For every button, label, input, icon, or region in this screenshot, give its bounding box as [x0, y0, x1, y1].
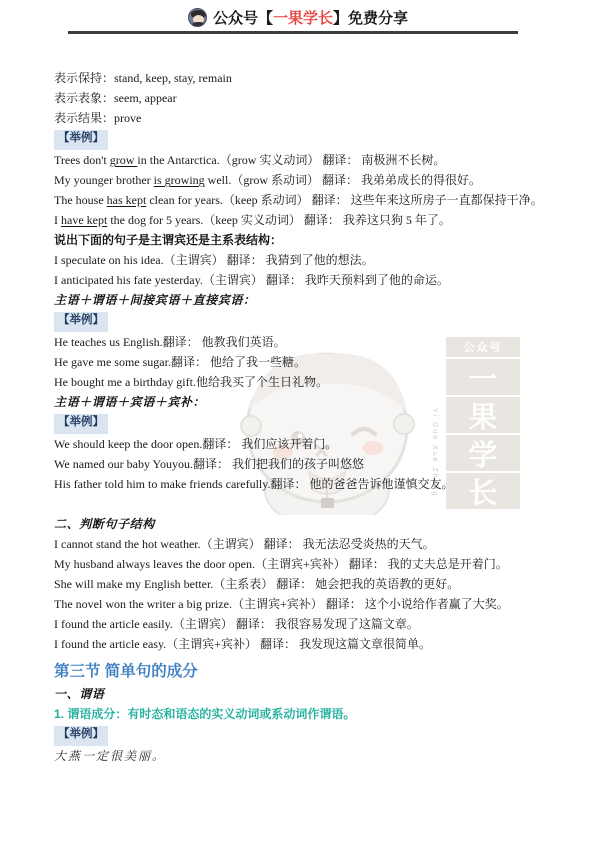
example-badge-line: 【举例】	[54, 130, 108, 150]
text-segment: The novel won the writer a big prize.（主谓…	[54, 597, 509, 611]
text-line: We named our baby Youyou.翻译： 我们把我们的孩子叫悠悠	[54, 454, 586, 474]
text-segment: He gave me some sugar.翻译： 他给了我一些糖。	[54, 355, 306, 369]
text-segment: He bought me a birthday gift.他给我买了个生日礼物。	[54, 375, 328, 389]
text-segment: 表示表象：seem, appear	[54, 91, 177, 105]
text-segment: My husband always leaves the door open.（…	[54, 557, 508, 571]
text-line: 主语＋谓语＋宾语＋宾补：	[54, 392, 586, 412]
text-segment: 1. 谓语成分：有时态和语态的实义动词或系动词作谓语。	[54, 707, 355, 721]
example-badge: 【举例】	[56, 312, 106, 328]
text-segment: Trees don't	[54, 153, 110, 167]
text-segment: She will make my English better.（主系表） 翻译…	[54, 577, 459, 591]
text-segment: 表示结果：prove	[54, 111, 141, 125]
text-line: She will make my English better.（主系表） 翻译…	[54, 574, 586, 594]
example-badge: 【举例】	[56, 130, 106, 146]
example-badge-line: 【举例】	[54, 726, 108, 746]
text-line: He bought me a birthday gift.他给我买了个生日礼物。	[54, 372, 586, 392]
text-line: 二、判断句子结构	[54, 514, 586, 534]
text-line: Trees don't grow in the Antarctica.（grow…	[54, 150, 586, 170]
text-line: My younger brother is growing well.（grow…	[54, 170, 586, 190]
example-badge: 【举例】	[56, 414, 106, 430]
document-page: 公众号 一果学长 Yi Guo Xue Zhang 公众号【一果学长】免费分享 …	[0, 0, 596, 842]
blank-line	[54, 494, 586, 514]
text-segment: 一、谓语	[54, 687, 104, 701]
text-segment: 主语＋谓语＋间接宾语＋直接宾语：	[54, 293, 256, 307]
text-line: I have kept the dog for 5 years.（keep 实义…	[54, 210, 586, 230]
text-line: His father told him to make friends care…	[54, 474, 586, 494]
document-content: 表示保持：stand, keep, stay, remain表示表象：seem,…	[0, 0, 596, 766]
text-segment: I	[54, 213, 61, 227]
underlined-phrase: is growing	[154, 173, 205, 187]
text-segment: We should keep the door open.翻译： 我们应该开着门…	[54, 437, 337, 451]
example-badge-line: 【举例】	[54, 312, 108, 332]
text-line: 表示保持：stand, keep, stay, remain	[54, 68, 586, 88]
text-line: We should keep the door open.翻译： 我们应该开着门…	[54, 434, 586, 454]
text-segment: I speculate on his idea.（主谓宾） 翻译： 我猜到了他的…	[54, 253, 374, 267]
text-segment: 主语＋谓语＋宾语＋宾补：	[54, 395, 205, 409]
text-segment: His father told him to make friends care…	[54, 477, 454, 491]
text-segment: I found the article easily.（主谓宾） 翻译： 我很容…	[54, 617, 419, 631]
text-segment: I found the article easy.（主谓宾+宾补） 翻译： 我发…	[54, 637, 431, 651]
text-line: He gave me some sugar.翻译： 他给了我一些糖。	[54, 352, 586, 372]
text-line: 表示表象：seem, appear	[54, 88, 586, 108]
text-line: I anticipated his fate yesterday.（主谓宾） 翻…	[54, 270, 586, 290]
page-header: 公众号【一果学长】免费分享	[0, 5, 596, 29]
text-line: My husband always leaves the door open.（…	[54, 554, 586, 574]
text-segment: We named our baby Youyou.翻译： 我们把我们的孩子叫悠悠	[54, 457, 364, 471]
text-line: 1. 谓语成分：有时态和语态的实义动词或系动词作谓语。	[54, 704, 586, 724]
text-segment: well.（grow 系动词） 翻译： 我弟弟成长的得很好。	[205, 173, 481, 187]
text-segment: 第三节 简单句的成分	[54, 663, 198, 680]
header-title-suffix: 】免费分享	[333, 7, 408, 28]
underlined-phrase: has kept	[107, 193, 147, 207]
text-line: The novel won the writer a big prize.（主谓…	[54, 594, 586, 614]
text-segment: The house	[54, 193, 107, 207]
text-segment: He teaches us English.翻译： 他教我们英语。	[54, 335, 286, 349]
text-line: I speculate on his idea.（主谓宾） 翻译： 我猜到了他的…	[54, 250, 586, 270]
text-line: The house has kept clean for years.（keep…	[54, 190, 586, 210]
cartoon-boy-avatar-icon	[188, 8, 207, 27]
text-line: I cannot stand the hot weather.（主谓宾） 翻译：…	[54, 534, 586, 554]
example-badge-line: 【举例】	[54, 414, 108, 434]
text-segment: 说出下面的句子是主谓宾还是主系表结构：	[54, 233, 282, 247]
header-title-prefix: 公众号【	[213, 7, 273, 28]
text-segment: clean for years.（keep 系动词） 翻译： 这些年来这所房子一…	[146, 193, 542, 207]
text-line: I found the article easily.（主谓宾） 翻译： 我很容…	[54, 614, 586, 634]
section-heading: 第三节 简单句的成分	[54, 660, 586, 684]
text-line: 表示结果：prove	[54, 108, 586, 128]
text-segment: in the Antarctica.（grow 实义动词） 翻译： 南极洲不长树…	[137, 153, 445, 167]
text-segment: 二、判断句子结构	[54, 517, 155, 531]
underlined-phrase: have kept	[61, 213, 107, 227]
text-line: 主语＋谓语＋间接宾语＋直接宾语：	[54, 290, 586, 310]
text-segment: 大燕一定很美丽。	[54, 749, 166, 763]
text-line: I found the article easy.（主谓宾+宾补） 翻译： 我发…	[54, 634, 586, 654]
text-line: He teaches us English.翻译： 他教我们英语。	[54, 332, 586, 352]
text-segment: 表示保持：stand, keep, stay, remain	[54, 71, 232, 85]
header-brand-name: 一果学长	[273, 7, 333, 28]
text-line: 大燕一定很美丽。	[54, 746, 586, 766]
header-rule-line	[68, 31, 518, 34]
text-segment: My younger brother	[54, 173, 154, 187]
example-badge: 【举例】	[56, 726, 106, 742]
text-segment: I cannot stand the hot weather.（主谓宾） 翻译：…	[54, 537, 435, 551]
underlined-phrase: grow	[110, 153, 138, 167]
text-segment: the dog for 5 years.（keep 实义动词） 翻译： 我养这只…	[107, 213, 451, 227]
text-line: 一、谓语	[54, 684, 586, 704]
text-segment: I anticipated his fate yesterday.（主谓宾） 翻…	[54, 273, 449, 287]
text-line: 说出下面的句子是主谓宾还是主系表结构：	[54, 230, 586, 250]
